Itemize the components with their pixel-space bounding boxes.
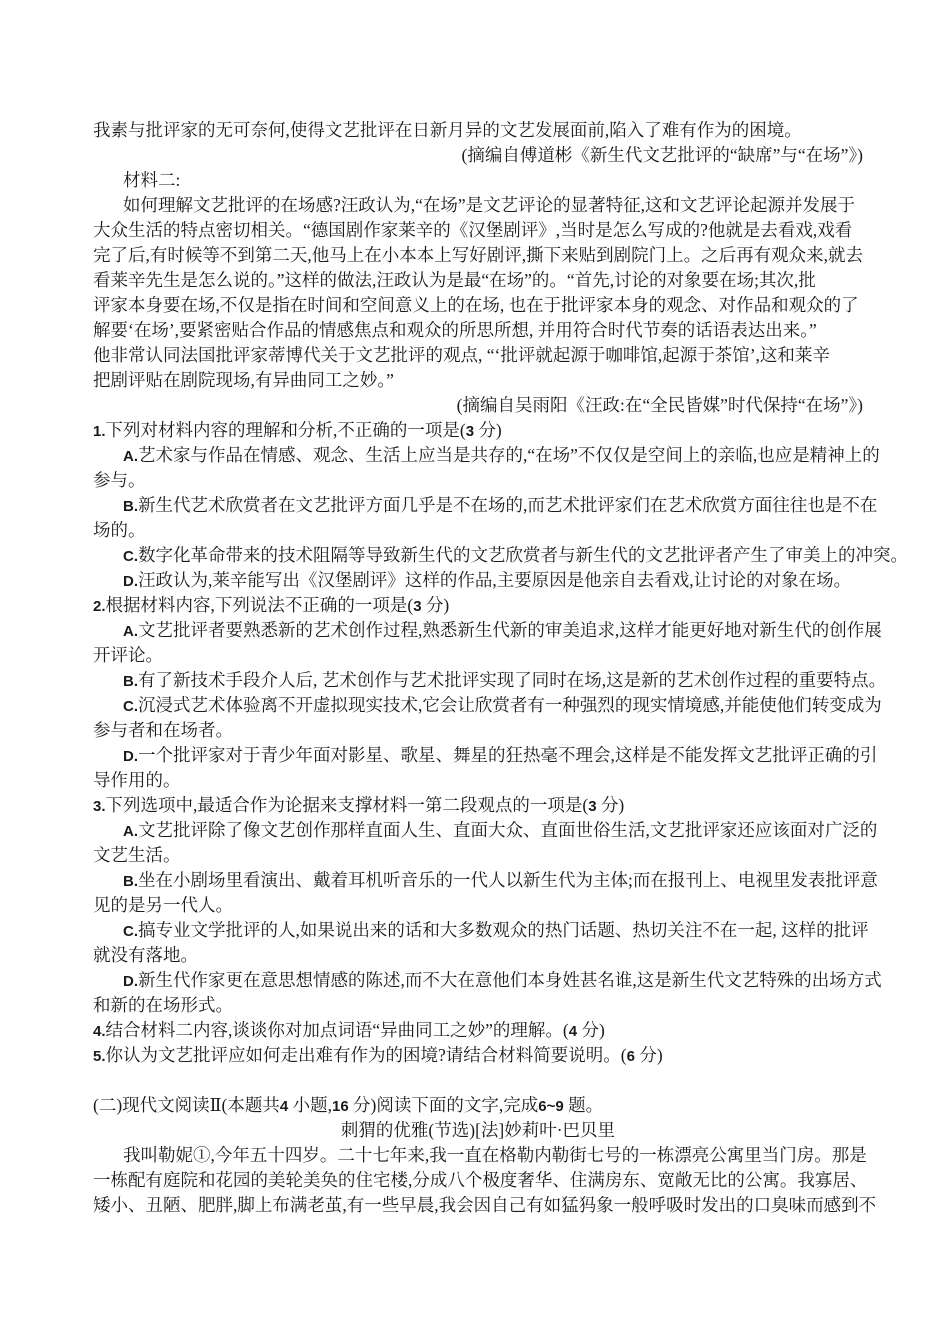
text-line: 5.你认为文艺批评应如何走出难有作为的困境?请结合材料简要说明。(6 分) <box>93 1043 863 1068</box>
text-line: 评家本身要在场,不仅是指在时间和空间意义上的在场, 也在于批评家本身的观念、对作… <box>93 293 863 318</box>
latin-run: 3. <box>93 798 106 815</box>
text-line: B.新生代艺术欣赏者在文艺批评方面几乎是不在场的,而艺术批评家们在艺术欣赏方面往… <box>93 493 863 518</box>
text-line: 把剧评贴在剧院现场,有异曲同工之妙。” <box>93 368 863 393</box>
latin-run: A. <box>123 823 138 840</box>
text-line: A.文艺批评除了像文艺创作那样直面人生、直面大众、直面世俗生活,文艺批评家还应该… <box>93 818 863 843</box>
text-line: C.数字化革命带来的技术阻隔等导致新生代的文艺欣赏者与新生代的文艺批评者产生了审… <box>93 543 863 568</box>
text-line: D.汪政认为,莱辛能写出《汉堡剧评》这样的作品,主要原因是他亲自去看戏,让讨论的… <box>93 568 863 593</box>
text-line: C.沉浸式艺术体验离不开虚拟现实技术,它会让欣赏者有一种强烈的现实情境感,并能使… <box>93 693 863 718</box>
text-line: 我素与批评家的无可奈何,使得文艺批评在日新月异的文艺发展面前,陷入了难有作为的困… <box>93 118 863 143</box>
text-line: (摘编自傅道彬《新生代文艺批评的“缺席”与“在场”》) <box>93 143 863 168</box>
latin-run: 4. <box>93 1023 106 1040</box>
text-line: B.坐在小剧场里看演出、戴着耳机听音乐的一代人以新生代为主体;而在报刊上、电视里… <box>93 868 863 893</box>
latin-run: 3 <box>413 598 421 615</box>
text-line: 参与者和在场者。 <box>93 718 863 743</box>
text-line: 导作用的。 <box>93 768 863 793</box>
latin-run: D. <box>123 573 138 590</box>
latin-run: 6~9 <box>538 1098 563 1115</box>
text-line: 3.下列选项中,最适合作为论据来支撑材料一第二段观点的一项是(3 分) <box>93 793 863 818</box>
latin-run: B. <box>123 873 138 890</box>
latin-run: 16 <box>332 1098 349 1115</box>
text-line: A.文艺批评者要熟悉新的艺术创作过程,熟悉新生代新的审美追求,这样才能更好地对新… <box>93 618 863 643</box>
text-line: 一栋配有庭院和花园的美轮美奂的住宅楼,分成八个极度奢华、住满房东、宽敞无比的公寓… <box>93 1168 863 1193</box>
latin-run: 6 <box>627 1048 635 1065</box>
text-line: 看莱辛先生是怎么说的。”这样的做法,汪政认为是最“在场”的。“首先,讨论的对象要… <box>93 268 863 293</box>
latin-run: A. <box>123 448 138 465</box>
text-line: 和新的在场形式。 <box>93 993 863 1018</box>
latin-run: D. <box>123 973 138 990</box>
exam-page: 我素与批评家的无可奈何,使得文艺批评在日新月异的文艺发展面前,陷入了难有作为的困… <box>0 0 950 1344</box>
text-line: 场的。 <box>93 518 863 543</box>
latin-run: 3 <box>466 423 474 440</box>
text-line: (二)现代文阅读Ⅱ(本题共4 小题,16 分)阅读下面的文字,完成6~9 题。 <box>93 1093 863 1118</box>
text-line: 他非常认同法国批评家蒂博代关于文艺批评的观点, “‘批评就起源于咖啡馆,起源于茶… <box>93 343 863 368</box>
text-line: B.有了新技术手段介人后, 艺术创作与艺术批评实现了同时在场,这是新的艺术创作过… <box>93 668 863 693</box>
latin-run: 2. <box>93 598 106 615</box>
text-line: 矮小、丑陋、肥胖,脚上布满老茧,有一些早晨,我会因自己有如猛犸象一般呼吸时发出的… <box>93 1193 863 1218</box>
latin-run: 5. <box>93 1048 106 1065</box>
latin-run: 4 <box>569 1023 577 1040</box>
text-line: 刺猬的优雅(节选)[法]妙莉叶·巴贝里 <box>93 1118 863 1143</box>
latin-run: C. <box>123 698 138 715</box>
text-line: D.一个批评家对于青少年面对影星、歌星、舞星的狂热毫不理会,这样是不能发挥文艺批… <box>93 743 863 768</box>
text-line: C.搞专业文学批评的人,如果说出来的话和大多数观众的热门话题、热切关注不在一起,… <box>93 918 863 943</box>
text-line: 材料二: <box>93 168 863 193</box>
latin-run: D. <box>123 748 138 765</box>
text-line: A.艺术家与作品在情感、观念、生活上应当是共存的,“在场”不仅仅是空间上的亲临,… <box>93 443 863 468</box>
latin-run: 1. <box>93 423 106 440</box>
text-line: 如何理解文艺批评的在场感?汪政认为,“在场”是文艺评论的显著特征,这和文艺评论起… <box>93 193 863 218</box>
text-line: 就没有落地。 <box>93 943 863 968</box>
text-line: 完了后,有时候等不到第二天,他马上在小本本上写好剧评,撕下来贴到剧院门上。之后再… <box>93 243 863 268</box>
text-line: 开评论。 <box>93 643 863 668</box>
text-line: 参与。 <box>93 468 863 493</box>
latin-run: 3 <box>588 798 596 815</box>
text-line: D.新生代作家更在意思想情感的陈述,而不大在意他们本身姓甚名谁,这是新生代文艺特… <box>93 968 863 993</box>
document-content: 我素与批评家的无可奈何,使得文艺批评在日新月异的文艺发展面前,陷入了难有作为的困… <box>93 118 863 1218</box>
text-line: 1.下列对材料内容的理解和分析,不正确的一项是(3 分) <box>93 418 863 443</box>
latin-run: 4 <box>280 1098 288 1115</box>
latin-run: C. <box>123 548 138 565</box>
text-line: 我叫勒妮①,今年五十四岁。二十七年来,我一直在格勒内勒街七号的一栋漂亮公寓里当门… <box>93 1143 863 1168</box>
text-line: 见的是另一代人。 <box>93 893 863 918</box>
text-line: 2.根据材料内容,下列说法不正确的一项是(3 分) <box>93 593 863 618</box>
text-line: 文艺生活。 <box>93 843 863 868</box>
text-line: 解要‘在场’,要紧密贴合作品的情感焦点和观众的所思所想, 并用符合时代节奏的话语… <box>93 318 863 343</box>
text-line: (摘编自吴雨阳《汪政:在“全民皆媒”时代保持“在场”》) <box>93 393 863 418</box>
latin-run: A. <box>123 623 138 640</box>
latin-run: B. <box>123 498 138 515</box>
text-line: 大众生活的特点密切相关。“德国剧作家莱辛的《汉堡剧评》,当时是怎么写成的?他就是… <box>93 218 863 243</box>
latin-run: C. <box>123 923 138 940</box>
text-line: 4.结合材料二内容,谈谈你对加点词语“异曲同工之妙”的理解。(4 分) <box>93 1018 863 1043</box>
latin-run: B. <box>123 673 138 690</box>
